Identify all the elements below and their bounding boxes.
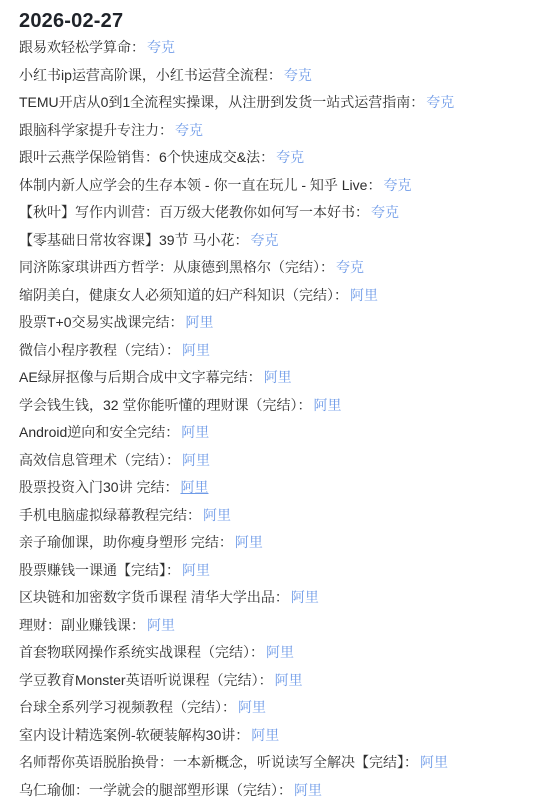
item-text: 体制内新人应学会的生存本领 - 你一直在玩儿 - 知乎 Live： <box>19 177 381 193</box>
quark-link[interactable]: 夸克 <box>175 122 203 138</box>
list-item: 缩阴美白，健康女人必须知道的妇产科知识（完结）：阿里 <box>19 282 542 310</box>
list-item: AE绿屏抠像与后期合成中文字幕完结：阿里 <box>19 364 542 392</box>
ali-link[interactable]: 阿里 <box>238 699 266 715</box>
list-item: 学会钱生钱，32 堂你能听懂的理财课（完结）：阿里 <box>19 392 542 420</box>
item-text: 乌仁瑜伽：一学就会的腿部塑形课（完结）： <box>19 782 292 798</box>
quark-link[interactable]: 夸克 <box>276 149 304 165</box>
list-item: 首套物联网操作系统实战课程（完结）：阿里 <box>19 639 542 667</box>
list-item: 小红书ip运营高阶课，小红书运营全流程：夸克 <box>19 62 542 90</box>
quark-link[interactable]: 夸克 <box>147 39 175 55</box>
ali-link[interactable]: 阿里 <box>251 727 279 743</box>
ali-link[interactable]: 阿里 <box>203 507 231 523</box>
ali-link[interactable]: 阿里 <box>182 562 210 578</box>
list-item: 跟易欢轻松学算命：夸克 <box>19 34 542 62</box>
ali-link[interactable]: 阿里 <box>182 342 210 358</box>
item-text: 手机电脑虚拟绿幕教程完结： <box>19 507 201 523</box>
ali-link[interactable]: 阿里 <box>181 424 209 440</box>
item-text: 学豆教育Monster英语听说课程（完结）： <box>19 672 273 688</box>
list-item: 股票投资入门30讲 完结：阿里 <box>19 474 542 502</box>
ali-link[interactable]: 阿里 <box>313 397 341 413</box>
list-item: 亲子瑜伽课，助你瘦身塑形 完结：阿里 <box>19 529 542 557</box>
item-text: 理财：副业赚钱课： <box>19 617 145 633</box>
quark-link[interactable]: 夸克 <box>371 204 399 220</box>
ali-link[interactable]: 阿里 <box>235 534 263 550</box>
item-text: 小红书ip运营高阶课，小红书运营全流程： <box>19 67 282 83</box>
list-item: 理财：副业赚钱课：阿里 <box>19 612 542 640</box>
list-item: 跟脑科学家提升专注力：夸克 <box>19 117 542 145</box>
item-text: 高效信息管理术（完结）： <box>19 452 180 468</box>
item-text: 股票投资入门30讲 完结： <box>19 479 178 495</box>
item-text: 【秋叶】写作内训营：百万级大佬教你如何写一本好书： <box>19 204 369 220</box>
list-item: 体制内新人应学会的生存本领 - 你一直在玩儿 - 知乎 Live：夸克 <box>19 172 542 200</box>
ali-link[interactable]: 阿里 <box>182 452 210 468</box>
item-text: 跟脑科学家提升专注力： <box>19 122 173 138</box>
list-item: Android逆向和安全完结：阿里 <box>19 419 542 447</box>
item-text: 同济陈家琪讲西方哲学：从康德到黑格尔（完结）： <box>19 259 334 275</box>
list-item: 【零基础日常妆容课】39节 马小花：夸克 <box>19 227 542 255</box>
quark-link[interactable]: 夸克 <box>383 177 411 193</box>
item-text: 学会钱生钱，32 堂你能听懂的理财课（完结）： <box>19 397 311 413</box>
list-item: 学豆教育Monster英语听说课程（完结）：阿里 <box>19 667 542 695</box>
quark-link[interactable]: 夸克 <box>250 232 278 248</box>
quark-link[interactable]: 夸克 <box>284 67 312 83</box>
item-text: 区块链和加密数字货币课程 清华大学出品： <box>19 589 289 605</box>
ali-link[interactable]: 阿里 <box>275 672 303 688</box>
list-item: 手机电脑虚拟绿幕教程完结：阿里 <box>19 502 542 530</box>
list-item: 室内设计精选案例-软硬装解构30讲：阿里 <box>19 722 542 750</box>
document-page: 2026-02-27 跟易欢轻松学算命：夸克小红书ip运营高阶课，小红书运营全流… <box>0 0 556 800</box>
ali-link[interactable]: 阿里 <box>264 369 292 385</box>
item-text: 【零基础日常妆容课】39节 马小花： <box>19 232 248 248</box>
list-item: 高效信息管理术（完结）：阿里 <box>19 447 542 475</box>
list-item: 台球全系列学习视频教程（完结）：阿里 <box>19 694 542 722</box>
ali-link[interactable]: 阿里 <box>147 617 175 633</box>
item-text: 股票赚钱一课通【完结】： <box>19 562 180 578</box>
item-text: 缩阴美白，健康女人必须知道的妇产科知识（完结）： <box>19 287 348 303</box>
resource-list: 跟易欢轻松学算命：夸克小红书ip运营高阶课，小红书运营全流程：夸克TEMU开店从… <box>19 34 542 800</box>
list-item: 【秋叶】写作内训营：百万级大佬教你如何写一本好书：夸克 <box>19 199 542 227</box>
date-heading: 2026-02-27 <box>19 9 542 34</box>
list-item: 微信小程序教程（完结）：阿里 <box>19 337 542 365</box>
item-text: 台球全系列学习视频教程（完结）： <box>19 699 236 715</box>
item-text: TEMU开店从0到1全流程实操课，从注册到发货一站式运营指南： <box>19 94 424 110</box>
ali-link[interactable]: 阿里 <box>266 644 294 660</box>
item-text: AE绿屏抠像与后期合成中文字幕完结： <box>19 369 262 385</box>
item-text: 跟易欢轻松学算命： <box>19 39 145 55</box>
list-item: 区块链和加密数字货币课程 清华大学出品：阿里 <box>19 584 542 612</box>
ali-link[interactable]: 阿里 <box>420 754 448 770</box>
item-text: 室内设计精选案例-软硬装解构30讲： <box>19 727 249 743</box>
ali-link[interactable]: 阿里 <box>294 782 322 798</box>
list-item: 同济陈家琪讲西方哲学：从康德到黑格尔（完结）：夸克 <box>19 254 542 282</box>
ali-link[interactable]: 阿里 <box>291 589 319 605</box>
list-item: 跟叶云燕学保险销售：6个快速成交&法：夸克 <box>19 144 542 172</box>
list-item: 乌仁瑜伽：一学就会的腿部塑形课（完结）：阿里 <box>19 777 542 800</box>
item-text: 跟叶云燕学保险销售：6个快速成交&法： <box>19 149 274 165</box>
list-item: TEMU开店从0到1全流程实操课，从注册到发货一站式运营指南：夸克 <box>19 89 542 117</box>
list-item: 股票T+0交易实战课完结：阿里 <box>19 309 542 337</box>
item-text: 首套物联网操作系统实战课程（完结）： <box>19 644 264 660</box>
quark-link[interactable]: 夸克 <box>336 259 364 275</box>
ali-link[interactable]: 阿里 <box>186 314 214 330</box>
quark-link[interactable]: 夸克 <box>426 94 454 110</box>
item-text: 名师帮你英语脱胎换骨：一本新概念，听说读写全解决【完结】： <box>19 754 418 770</box>
item-text: 股票T+0交易实战课完结： <box>19 314 184 330</box>
ali-link[interactable]: 阿里 <box>180 479 208 495</box>
item-text: Android逆向和安全完结： <box>19 424 179 440</box>
ali-link[interactable]: 阿里 <box>350 287 378 303</box>
list-item: 股票赚钱一课通【完结】：阿里 <box>19 557 542 585</box>
item-text: 亲子瑜伽课，助你瘦身塑形 完结： <box>19 534 233 550</box>
item-text: 微信小程序教程（完结）： <box>19 342 180 358</box>
list-item: 名师帮你英语脱胎换骨：一本新概念，听说读写全解决【完结】：阿里 <box>19 749 542 777</box>
